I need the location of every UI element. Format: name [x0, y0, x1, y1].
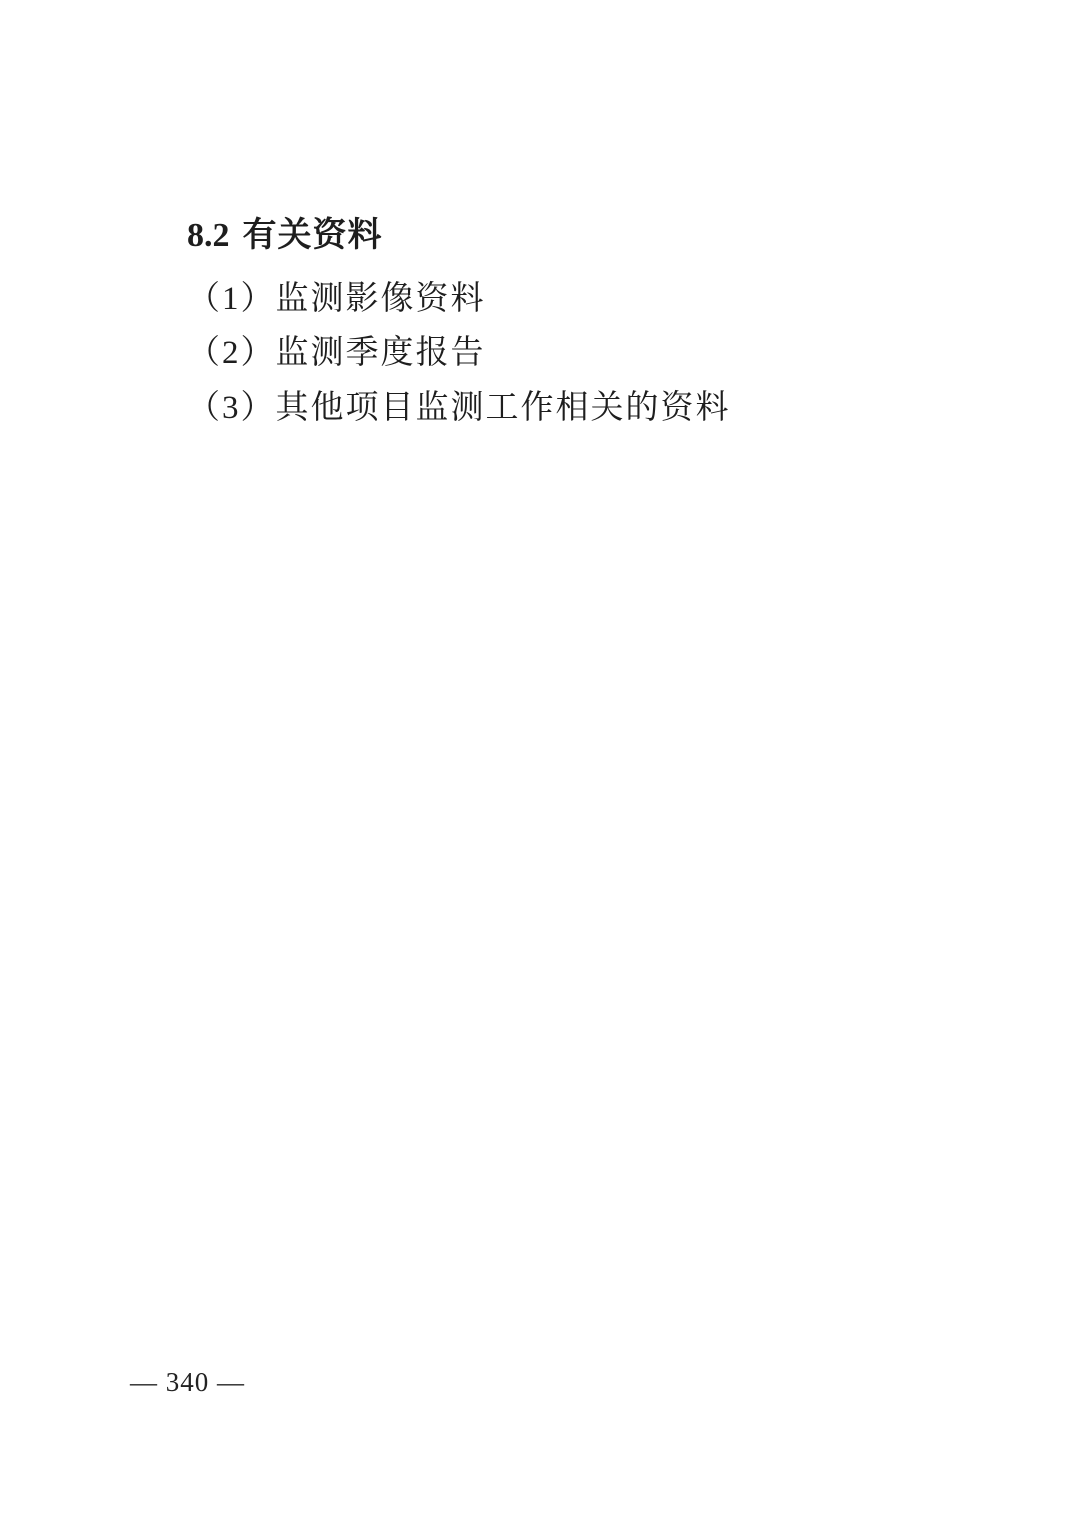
page-number: — 340 —	[130, 1367, 245, 1397]
section-heading: 8.2有关资料	[187, 216, 383, 256]
section-number: 8.2	[187, 217, 230, 254]
list-item: （3）其他项目监测工作相关的资料	[187, 389, 731, 427]
list-item: （1）监测影像资料	[187, 280, 486, 318]
section-title: 有关资料	[243, 217, 383, 254]
document-page: 8.2有关资料 （1）监测影像资料 （2）监测季度报告 （3）其他项目监测工作相…	[0, 0, 1074, 1520]
list-item: （2）监测季度报告	[187, 334, 486, 372]
